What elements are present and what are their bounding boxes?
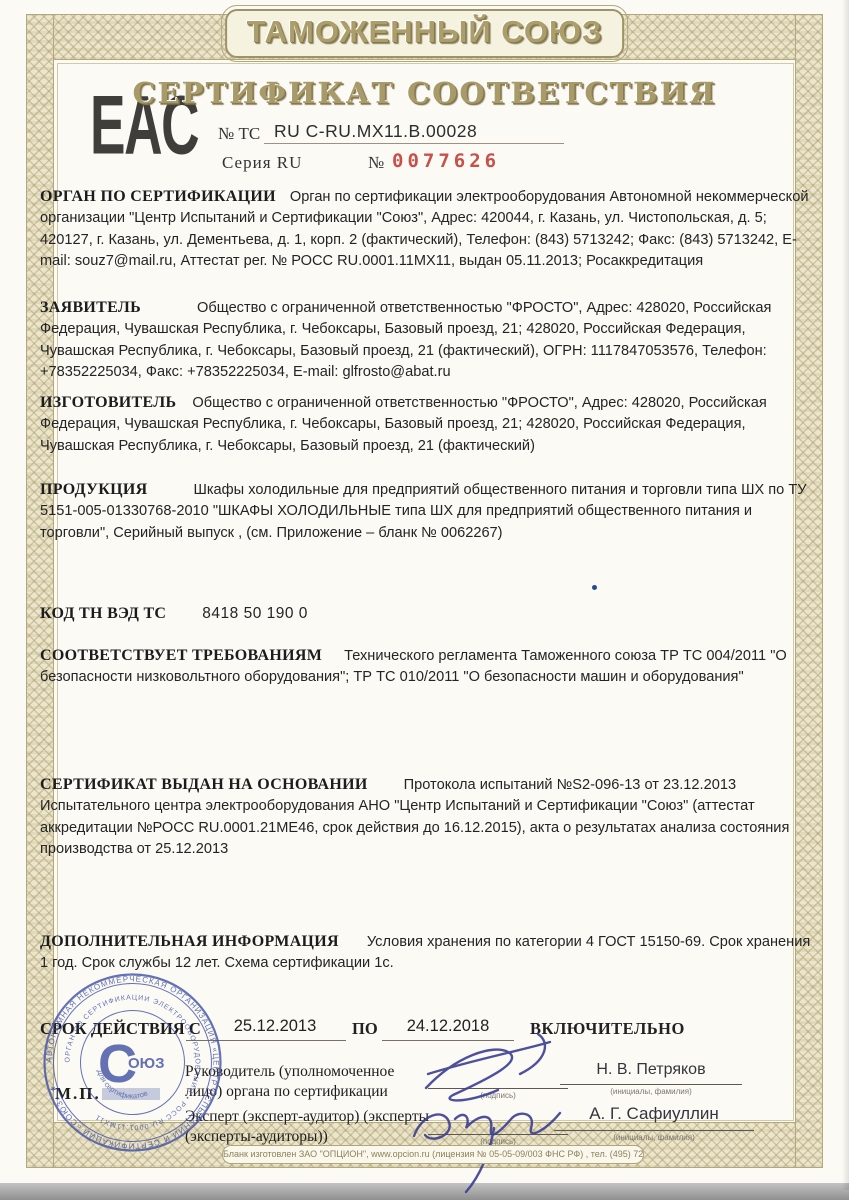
section-issued-basis-label: СЕРТИФИКАТ ВЫДАН НА ОСНОВАНИИ [40,776,368,793]
section-manufacturer-label: ИЗГОТОВИТЕЛЬ [40,394,176,411]
section-manufacturer: ИЗГОТОВИТЕЛЬОбщество с ограниченной отве… [40,392,814,457]
section-certification-body-label: ОРГАН ПО СЕРТИФИКАЦИИ [40,188,276,205]
scan-shadow-right [842,0,849,1190]
validity-po-label: ПО [352,1019,378,1039]
customs-union-banner: ТАМОЖЕННЫЙ СОЮЗ [225,9,625,58]
section-additional-info-label: ДОПОЛНИТЕЛЬНАЯ ИНФОРМАЦИЯ [40,933,339,950]
cert-number-value: RU C-RU.MX11.B.00028 [274,121,477,142]
section-tnved-code-value: 8418 50 190 0 [202,605,308,622]
section-product-label: ПРОДУКЦИЯ [40,481,147,498]
expert-signature-ink [414,1114,450,1138]
blank-manufacturer-fineprint: Бланк изготовлен ЗАО "ОПЦИОН", www.opcio… [222,1145,644,1164]
cert-number-underline [264,143,564,144]
section-product: ПРОДУКЦИЯШкафы холодильные для предприят… [40,479,814,544]
series-number-sign: № [368,153,384,173]
section-applicant: ЗАЯВИТЕЛЬОбщество с ограниченной ответст… [40,297,814,384]
section-tnved-code: КОД ТН ВЭД ТС8418 50 190 0 [40,603,814,625]
section-applicant-label: ЗАЯВИТЕЛЬ [40,299,141,316]
ink-dot-mark [592,585,597,590]
banner-text: ТАМОЖЕННЫЙ СОЮЗ [247,14,603,49]
series-number-red: 0077626 [392,150,500,172]
section-complies-with-label: СООТВЕТСТВУЕТ ТРЕБОВАНИЯМ [40,647,322,664]
series-label: Серия RU [222,153,302,173]
section-issued-basis: СЕРТИФИКАТ ВЫДАН НА ОСНОВАНИИПротокола и… [40,774,814,861]
certification-body-stamp: АВТОНОМНАЯ НЕКОММЕРЧЕСКАЯ ОРГАНИЗАЦИЯ «Ц… [40,970,225,1155]
certificate-title: СЕРТИФИКАТ СООТВЕТСТВИЯ [0,76,849,110]
head-signature-ink [426,1050,512,1101]
stamp-number-strip [102,1088,160,1100]
handwritten-signatures [398,1018,608,1198]
section-complies-with: СООТВЕТСТВУЕТ ТРЕБОВАНИЯМТехнического ре… [40,645,814,689]
section-product-text: Шкафы холодильные для предприятий общест… [40,482,807,541]
stamp-center-word: ОЮЗ [128,1055,165,1072]
section-additional-info: ДОПОЛНИТЕЛЬНАЯ ИНФОРМАЦИЯУсловия хранени… [40,931,814,975]
certificate-page: { "header": { "banner": "ТАМОЖЕННЫЙ СОЮЗ… [0,0,849,1200]
section-certification-body: ОРГАН ПО СЕРТИФИКАЦИИОрган по сертификац… [40,186,814,273]
cert-number-label: № ТС [218,124,260,144]
section-applicant-text: Общество с ограниченной ответственностью… [40,300,771,380]
section-tnved-code-label: КОД ТН ВЭД ТС [40,605,166,622]
